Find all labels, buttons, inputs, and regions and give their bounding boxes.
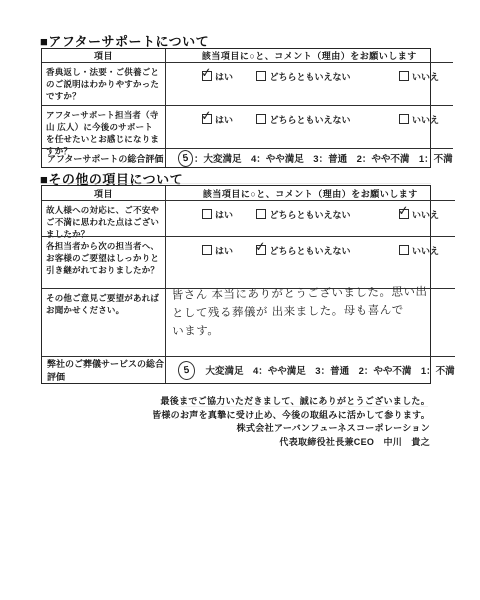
option-label: いいえ bbox=[412, 115, 439, 125]
option-yes: はい bbox=[202, 244, 233, 257]
question-handover: 各担当者から次の担当者へ、お客様のご要望はしっかりと引き継がれておりましたか？ bbox=[42, 236, 165, 288]
checkbox-icon bbox=[399, 245, 409, 255]
footer-thanks: 最後までご協力いただきまして、誠にありがとうございました。 皆様のお声を真摯に受… bbox=[152, 394, 430, 423]
handwritten-comment: 皆さん 本当にありがとうございました。思い出 として残る葬儀が 出来ました。母も… bbox=[172, 284, 435, 341]
footer-company-block: 株式会社アーバンフューネスコーポレーション 代表取締役社長兼CEO 中川 貴之 bbox=[237, 421, 430, 450]
option-neutral: どちらともいえない bbox=[256, 244, 350, 257]
option-neutral: どちらともいえない bbox=[256, 208, 350, 221]
footer-signature: 代表取締役社長兼CEO 中川 貴之 bbox=[237, 435, 430, 449]
option-label: どちらともいえない bbox=[269, 72, 350, 82]
col-header-prompt: 該当項目に○と、コメント（理由）をお願いします bbox=[165, 186, 455, 200]
option-no: いいえ bbox=[399, 113, 439, 126]
checkbox-icon bbox=[202, 209, 212, 219]
option-label: どちらともいえない bbox=[269, 115, 350, 125]
checkbox-icon bbox=[202, 245, 212, 255]
option-label: いいえ bbox=[412, 210, 439, 220]
options-deceased-care: はい どちらともいえない いいえ bbox=[165, 200, 455, 236]
rating-label-funeral-service: 弊社のご葬儀サービスの総合評価 bbox=[42, 356, 165, 383]
option-label: どちらともいえない bbox=[269, 210, 350, 220]
checkbox-icon bbox=[399, 114, 409, 124]
handwritten-comment-cell: 皆さん 本当にありがとうございました。思い出 として残る葬儀が 出来ました。母も… bbox=[165, 288, 455, 356]
option-label: はい bbox=[215, 115, 233, 125]
options-koudengaeshi: はい どちらともいえない いいえ bbox=[165, 62, 453, 105]
scanned-survey-page: { "document": { "sections": [ { "title":… bbox=[0, 0, 480, 600]
option-label: はい bbox=[215, 246, 233, 256]
col-header-item: 項目 bbox=[42, 49, 165, 62]
question-koudengaeshi: 香典返し・法要・ご供養ごとのご説明はわかりやすかったですか？ bbox=[42, 62, 165, 105]
rating-scale: ：大変満足 4：やや満足 3：普通 2：やや不満 1：不満 bbox=[194, 151, 453, 165]
rating-scale: 大変満足 4：やや満足 3：普通 2：やや不満 1：不満 bbox=[196, 363, 455, 377]
question-other-comments: その他ご意見ご要望があればお聞かせください。 bbox=[42, 288, 165, 356]
table-other-items: 項目 該当項目に○と、コメント（理由）をお願いします 故人様への対応に、ご不安や… bbox=[41, 185, 431, 384]
footer-thanks-line1: 最後までご協力いただきまして、誠にありがとうございました。 bbox=[152, 394, 430, 408]
option-yes: はい bbox=[202, 70, 233, 83]
handwritten-line: として残る葬儀が 出来ました。母も喜んで bbox=[172, 302, 434, 323]
question-deceased-care: 故人様への対応に、ご不安やご不満に思われた点はございましたか？ bbox=[42, 200, 165, 236]
options-handover: はい どちらともいえない いいえ bbox=[165, 236, 455, 288]
circled-rating-icon: 5 bbox=[177, 359, 196, 380]
option-neutral: どちらともいえない bbox=[256, 113, 350, 126]
rating-funeral-service: 5 大変満足 4：やや満足 3：普通 2：やや不満 1：不満 bbox=[165, 356, 455, 383]
option-neutral: どちらともいえない bbox=[256, 70, 350, 83]
circled-rating-icon: 5 bbox=[177, 149, 194, 168]
table-after-support: 項目 該当項目に○と、コメント（理由）をお願いします 香典返し・法要・ご供養ごと… bbox=[41, 48, 431, 168]
checkbox-icon bbox=[399, 209, 409, 219]
checkbox-icon bbox=[256, 71, 266, 81]
option-no: いいえ bbox=[399, 244, 439, 257]
option-no: いいえ bbox=[399, 70, 439, 83]
scan-artifact-line bbox=[41, 183, 431, 184]
rating-after-support: 5：大変満足 4：やや満足 3：普通 2：やや不満 1：不満 bbox=[165, 148, 453, 167]
checkbox-icon bbox=[202, 71, 212, 81]
checkbox-icon bbox=[256, 209, 266, 219]
checkbox-icon bbox=[399, 71, 409, 81]
options-aftersupport-staff: はい どちらともいえない いいえ bbox=[165, 105, 453, 148]
option-label: はい bbox=[215, 210, 233, 220]
option-label: どちらともいえない bbox=[269, 246, 350, 256]
option-label: いいえ bbox=[412, 246, 439, 256]
col-header-item: 項目 bbox=[42, 186, 165, 200]
option-label: いいえ bbox=[412, 72, 439, 82]
checkbox-icon bbox=[256, 114, 266, 124]
option-yes: はい bbox=[202, 208, 233, 221]
handwritten-line: います。 bbox=[172, 320, 434, 341]
checkbox-icon bbox=[202, 114, 212, 124]
question-aftersupport-staff: アフターサポート担当者（寺山 広人）に今後のサポートを任せたいとお感じになります… bbox=[42, 105, 165, 148]
rating-label-after-support: アフターサポートの総合評価 bbox=[42, 148, 165, 167]
footer-company: 株式会社アーバンフューネスコーポレーション bbox=[237, 421, 430, 435]
option-no: いいえ bbox=[399, 208, 439, 221]
option-yes: はい bbox=[202, 113, 233, 126]
checkbox-icon bbox=[256, 245, 266, 255]
col-header-prompt: 該当項目に○と、コメント（理由）をお願いします bbox=[165, 49, 453, 62]
option-label: はい bbox=[215, 72, 233, 82]
